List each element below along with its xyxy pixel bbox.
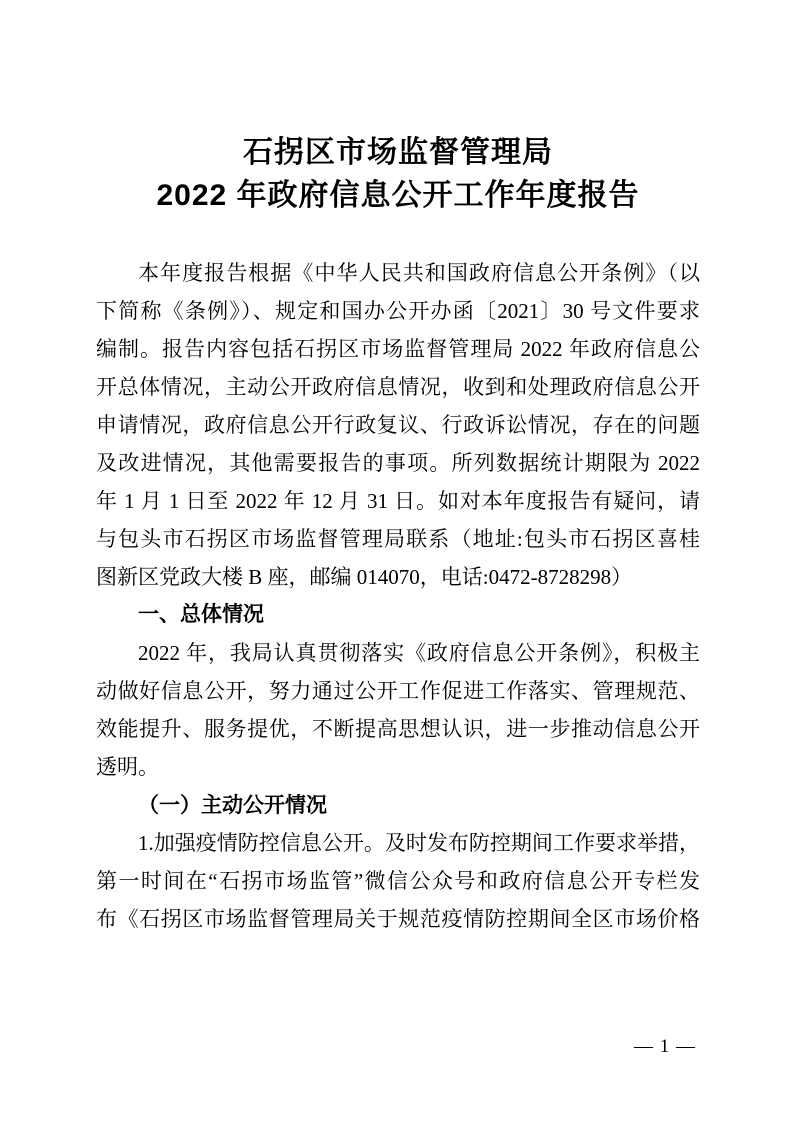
paragraph-line: 开总体情况，主动公开政府信息情况，收到和处理政府信息公开 xyxy=(96,368,700,406)
paragraph-line: 与包头市石拐区市场监督管理局联系（地址:包头市石拐区喜桂 xyxy=(96,520,700,558)
paragraph-line: 及改进情况，其他需要报告的事项。所列数据统计期限为 2022 xyxy=(96,444,700,482)
paragraph-line: 下简称《条例》）、规定和国办公开办函〔2021〕30 号文件要求 xyxy=(96,292,700,330)
subsection-heading-proactive-disclosure: （一）主动公开情况 xyxy=(96,786,700,824)
paragraph-line: 1.加强疫情防控信息公开。及时发布防控期间工作要求举措， xyxy=(96,824,700,862)
page-number: — 1 — xyxy=(634,1035,696,1059)
heading-1-text: 一、总体情况 xyxy=(96,596,700,634)
heading-2-text: （一）主动公开情况 xyxy=(96,786,700,824)
paragraph-line: 图新区党政大楼 B 座，邮编 014070，电话:0472-8728298） xyxy=(96,558,700,596)
paragraph-line: 透明。 xyxy=(96,748,700,786)
section-heading-overall-situation: 一、总体情况 xyxy=(96,596,700,634)
document-content: 石拐区市场监督管理局 2022 年政府信息公开工作年度报告 本年度报告根据《中华… xyxy=(96,0,700,938)
paragraph-line: 申请情况，政府信息公开行政复议、行政诉讼情况，存在的问题 xyxy=(96,406,700,444)
paragraph-line: 动做好信息公开，努力通过公开工作促进工作落实、管理规范、 xyxy=(96,672,700,710)
paragraph-line: 编制。报告内容包括石拐区市场监督管理局 2022 年政府信息公 xyxy=(96,330,700,368)
paragraph-line: 第一时间在“石拐市场监管”微信公众号和政府信息公开专栏发 xyxy=(96,862,700,900)
paragraph-line: 本年度报告根据《中华人民共和国政府信息公开条例》（以 xyxy=(96,254,700,292)
paragraph-line: 年 1 月 1 日至 2022 年 12 月 31 日。如对本年度报告有疑问，请 xyxy=(96,482,700,520)
document-title-line-1: 石拐区市场监督管理局 xyxy=(96,131,700,174)
document-title-line-2: 2022 年政府信息公开工作年度报告 xyxy=(96,174,700,217)
paragraph-line: 布《石拐区市场监督管理局关于规范疫情防控期间全区市场价格 xyxy=(96,900,700,938)
intro-paragraph: 本年度报告根据《中华人民共和国政府信息公开条例》（以下简称《条例》）、规定和国办… xyxy=(96,254,700,596)
paragraph-line: 2022 年，我局认真贯彻落实《政府信息公开条例》，积极主 xyxy=(96,634,700,672)
overall-situation-paragraph: 2022 年，我局认真贯彻落实《政府信息公开条例》，积极主动做好信息公开，努力通… xyxy=(96,634,700,786)
paragraph-line: 效能提升、服务提优，不断提高思想认识，进一步推动信息公开 xyxy=(96,710,700,748)
document-title: 石拐区市场监督管理局 2022 年政府信息公开工作年度报告 xyxy=(96,131,700,217)
document-body: 本年度报告根据《中华人民共和国政府信息公开条例》（以下简称《条例》）、规定和国办… xyxy=(96,254,700,938)
proactive-disclosure-paragraph: 1.加强疫情防控信息公开。及时发布防控期间工作要求举措，第一时间在“石拐市场监管… xyxy=(96,824,700,938)
document-page: 石拐区市场监督管理局 2022 年政府信息公开工作年度报告 本年度报告根据《中华… xyxy=(0,0,793,1122)
